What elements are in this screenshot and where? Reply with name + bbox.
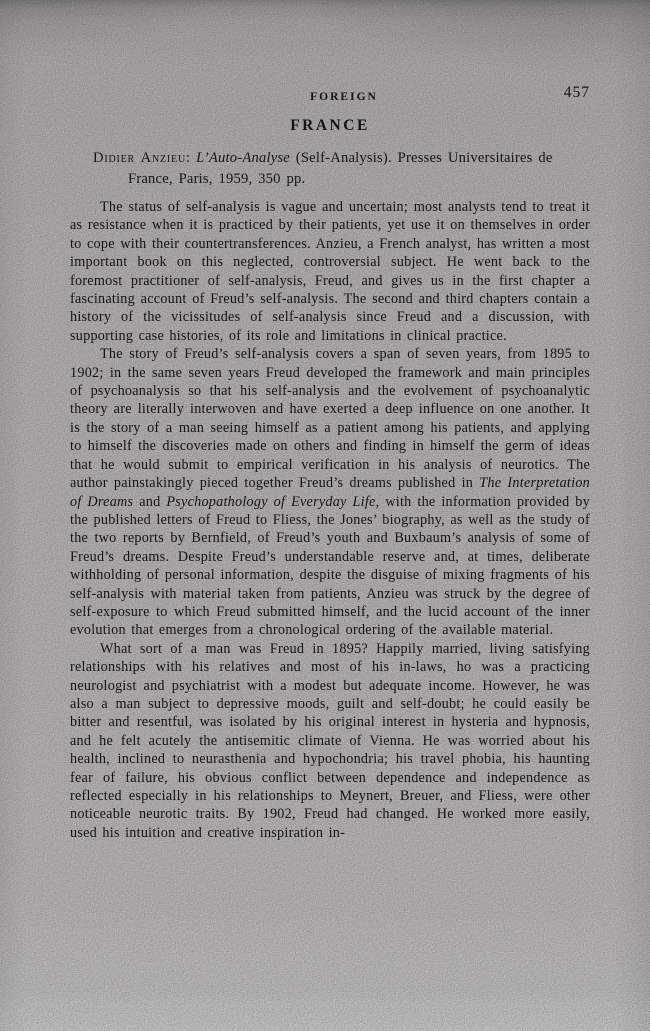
text-run: and xyxy=(133,494,166,510)
running-head: FOREIGN xyxy=(310,91,378,103)
paragraph: The status of self-analysis is vague and… xyxy=(70,198,590,345)
page-number: 457 xyxy=(564,84,590,102)
paragraph: The story of Freud’s self-analysis cover… xyxy=(70,345,590,640)
text-run: Psychopathology of Everyday Life xyxy=(166,494,375,510)
text-run: What sort of a man was Freud in 1895? Ha… xyxy=(70,641,590,841)
text-run: , with the information provided by the p… xyxy=(70,494,590,639)
section-title: FRANCE xyxy=(70,117,590,135)
text-run: The story of Freud’s self-analysis cover… xyxy=(70,346,590,491)
text-run: The status of self-analysis is vague and… xyxy=(70,199,590,344)
scanned-page: FOREIGN 457 FRANCE Didier Anzieu: L’Auto… xyxy=(0,0,650,1031)
text-run: : xyxy=(186,150,196,166)
text-run: L’Auto-Analyse xyxy=(196,150,290,166)
review-body: The status of self-analysis is vague and… xyxy=(70,198,590,842)
page-header: FOREIGN 457 xyxy=(70,87,590,103)
book-citation: Didier Anzieu: L’Auto-Analyse (Self-Anal… xyxy=(70,148,590,190)
paragraph: What sort of a man was Freud in 1895? Ha… xyxy=(70,640,590,842)
text-run: Didier Anzieu xyxy=(93,150,186,166)
page-content: FOREIGN 457 FRANCE Didier Anzieu: L’Auto… xyxy=(0,0,650,1031)
